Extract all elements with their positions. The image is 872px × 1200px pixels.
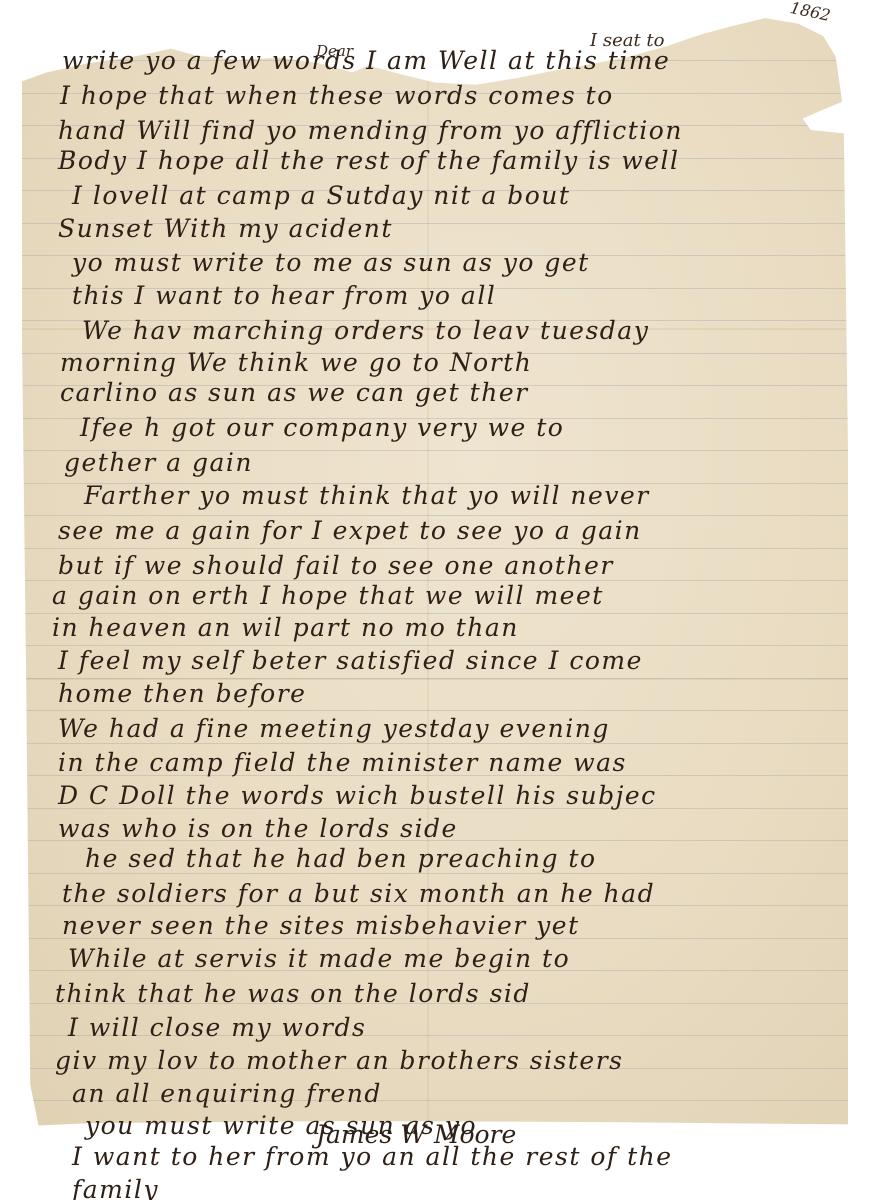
handwritten-line: giv my lov to mother an brothers sisters (55, 1046, 624, 1075)
handwritten-line: never seen the sites misbehavier yet (62, 911, 580, 940)
handwritten-line: gether a gain (64, 448, 253, 477)
handwritten-line: write yo a few words I am Well at this t… (62, 46, 670, 75)
ruled-line (22, 710, 848, 711)
handwritten-line: Farther yo must think that yo will never (84, 481, 650, 510)
handwritten-line: think that he was on the lords sid (55, 979, 531, 1008)
handwritten-line: carlino as sun as we can get ther (60, 378, 529, 407)
handwritten-line: in heaven an wil part no mo than (52, 613, 519, 642)
handwritten-line: morning We think we go to North (60, 348, 532, 377)
handwritten-line: was who is on the lords side (58, 814, 458, 843)
handwritten-line: I will close my words (68, 1013, 366, 1042)
year-marking: 1862 (788, 0, 832, 25)
handwritten-line: a gain on erth I hope that we will meet (52, 581, 604, 610)
handwritten-line: We hav marching orders to leav tuesday (82, 316, 649, 345)
handwritten-line: Ifee h got our company very we to (80, 413, 564, 442)
handwritten-line: the soldiers for a but six month an he h… (62, 879, 655, 908)
handwritten-line: I feel my self beter satisfied since I c… (58, 646, 643, 675)
handwritten-line: home then before (58, 679, 306, 708)
handwritten-line: yo must write to me as sun as yo get (72, 248, 590, 277)
signature: James W Moore (316, 1120, 516, 1149)
handwritten-line: but if we should fail to see one another (58, 551, 614, 580)
handwritten-line: While at servis it made me begin to (68, 944, 570, 973)
handwritten-line: Sunset With my acident (58, 214, 393, 243)
handwritten-line: I lovell at camp a Sutday nit a bout (72, 181, 570, 210)
handwritten-line: D C Doll the words wich bustell his subj… (58, 781, 657, 810)
handwritten-line: an all enquiring frend (72, 1079, 382, 1108)
handwritten-line: I hope that when these words comes to (60, 81, 614, 110)
handwritten-line: in the camp field the minister name was (58, 748, 627, 777)
ruled-line (22, 548, 848, 549)
handwritten-line: family (72, 1175, 159, 1200)
handwritten-line: this I want to hear from yo all (72, 281, 496, 310)
handwritten-line: see me a gain for I expet to see yo a ga… (58, 516, 642, 545)
handwritten-line: Body I hope all the rest of the family i… (58, 146, 680, 175)
handwritten-line: We had a fine meeting yestday evening (58, 714, 610, 743)
handwritten-line: he sed that he had ben preaching to (85, 844, 597, 873)
handwritten-line: hand Will find yo mending from yo afflic… (58, 116, 683, 145)
